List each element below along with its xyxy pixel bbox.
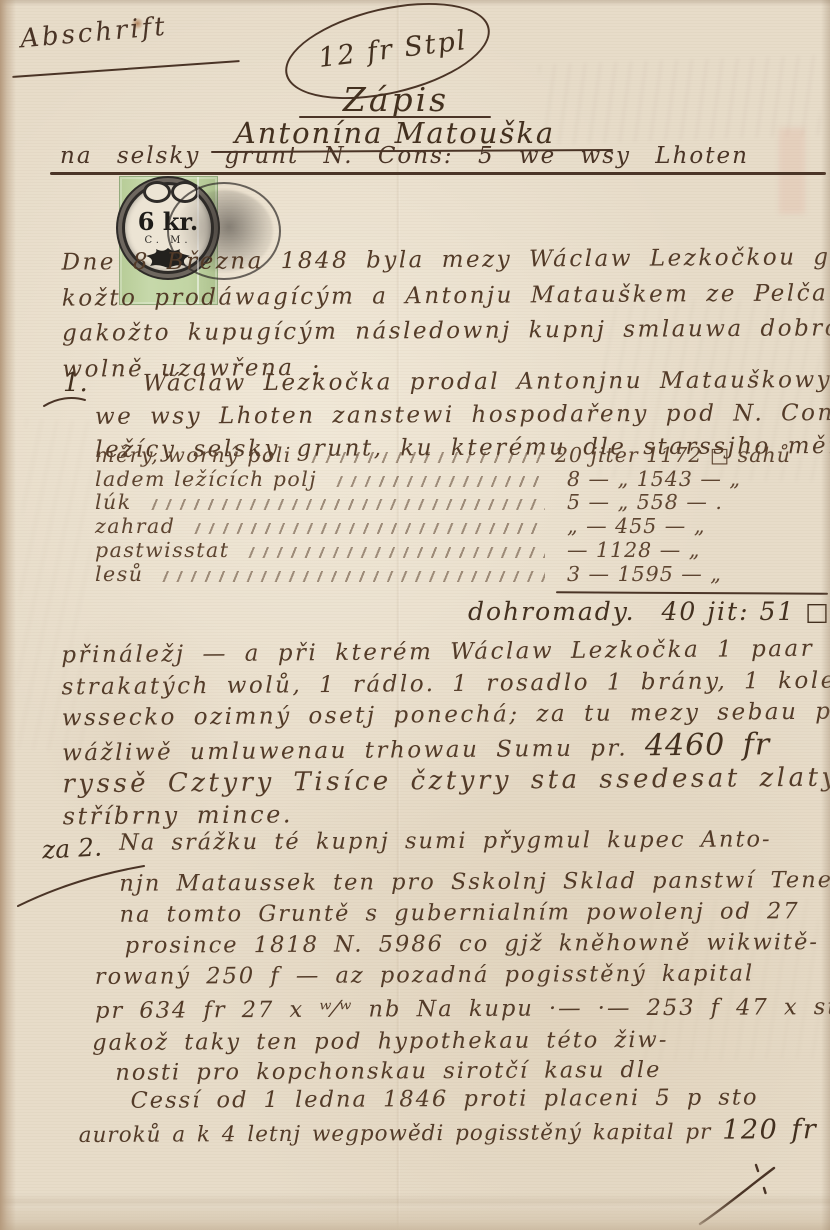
handwritten-line: Cessí od 1 ledna 1846 proti placeni 5 p …: [130, 1084, 758, 1113]
dotted-leader: [241, 547, 545, 558]
land-area-table: měry, worný poli20 jiter 1172 □ sáhůlade…: [95, 443, 829, 586]
handwritten-line: Na srážku té kupnj sumi přygmul kupec An…: [119, 826, 772, 855]
handwritten-line: prosince 1818 N. 5986 co gjž kněhowně wi…: [125, 929, 819, 959]
totals-rule: [556, 591, 828, 594]
land-type-label: pastwisstat: [95, 538, 229, 562]
handwritten-line: na tomto Gruntě s gubernialním powolenj …: [119, 898, 799, 928]
land-type-label: lesů: [95, 562, 143, 586]
land-table-row: pastwisstat— 1128 — „: [95, 538, 829, 562]
subject-line: na selsky grunt N. Cons: 5 we wsy Lhoten: [60, 143, 822, 169]
document-title: Zápis: [300, 80, 492, 119]
item-1-continuation: přináležj — a při kterém Wáclaw Lezkočka…: [61, 634, 830, 833]
handwritten-line: pr 634 fr 27 x ʷ⁄ʷ nb Na kupu ·— ·— 253 …: [95, 994, 830, 1024]
handwritten-line: gakožto kupugícým následownj kupnj smlau…: [62, 311, 830, 352]
manuscript-page: Abschrift 12 fr Stpl Zápis Antonína Mato…: [0, 0, 830, 1230]
pink-discoloration: [779, 128, 805, 214]
handwritten-line: Wáclaw Lezkočka prodal Antonjnu Matauško…: [95, 364, 830, 401]
dotted-leader: [144, 499, 545, 510]
handwritten-line: njn Mataussek ten pro Sskolnj Sklad pans…: [119, 867, 830, 897]
land-type-label: lúk: [95, 490, 132, 514]
land-type-label: zahrad: [95, 514, 175, 538]
land-area-value: „ — 455 — „: [555, 514, 829, 538]
subject-underline: [50, 172, 826, 175]
continuation-mark: [692, 1160, 784, 1228]
land-type-label: měry, worný poli: [95, 443, 292, 467]
land-area-value: 20 jiter 1172 □ sáhů: [555, 443, 829, 467]
marker-flourish: [42, 392, 88, 410]
totals-label: dohromady.: [468, 597, 636, 626]
stamp-crown-arc: [143, 181, 171, 203]
dotted-leader: [304, 452, 545, 463]
totals-value: 40 jit: 51 □ sáhů: [662, 597, 830, 626]
handwritten-line: nosti pro kopchonskau sirotčí kasu dle: [115, 1057, 661, 1086]
totals-line: dohromady. 40 jit: 51 □ sáhů: [468, 597, 830, 626]
dotted-leader: [187, 523, 545, 534]
handwritten-line: rowaný 250 f — az pozadná pogisstěný kap…: [95, 960, 754, 989]
line-text: auroků a k 4 letnj wegpowědi pogisstěný …: [79, 1120, 723, 1148]
land-table-row: zahrad„ — 455 — „: [95, 514, 829, 538]
abschrift-corner-note: Abschrift: [19, 12, 169, 55]
land-table-row: ladem ležících polj8 — „ 1543 — „: [95, 467, 829, 491]
dotted-leader: [329, 476, 545, 487]
handwritten-line: gakož taky ten pod hypothekau této žiw-: [92, 1027, 668, 1056]
land-area-value: 3 — 1595 — „: [555, 562, 829, 586]
emphasized-amount: 120 fr stříb,: [722, 1114, 830, 1146]
land-area-value: — 1128 — „: [555, 538, 829, 562]
line-text: wážliwě umluwenau trhowau Sumu pr.: [62, 735, 645, 766]
handwritten-line: ryssě Cztyry Tisíce čztyry sta ssedesat …: [62, 763, 830, 801]
land-area-value: 5 — „ 558 — .: [555, 490, 829, 514]
abschrift-underline: [12, 60, 240, 78]
dotted-leader: [155, 571, 545, 582]
land-type-label: ladem ležících polj: [95, 467, 317, 491]
land-table-row: lesů3 — 1595 — „: [95, 562, 829, 586]
emphasized-amount: 4460 fr: [645, 727, 771, 763]
land-area-value: 8 — „ 1543 — „: [555, 467, 829, 491]
land-table-row: lúk5 — „ 558 — .: [95, 491, 829, 515]
handwritten-line: Dne 8 Března 1848 byla mezy Wáclaw Lezko…: [62, 240, 830, 281]
handwritten-line: kožto prodáwagícým a Antonju Matauškem z…: [62, 276, 830, 317]
handwritten-line: auroků a k 4 letnj wegpowědi pogisstěný …: [79, 1114, 830, 1149]
item-2-paragraph: Na srážku té kupnj sumi přygmul kupec An…: [94, 826, 830, 1170]
land-table-row: měry, worný poli20 jiter 1172 □ sáhů: [95, 443, 829, 467]
handwritten-line: we wsy Lhoten zanstewi hospodařeny pod N…: [95, 397, 830, 434]
